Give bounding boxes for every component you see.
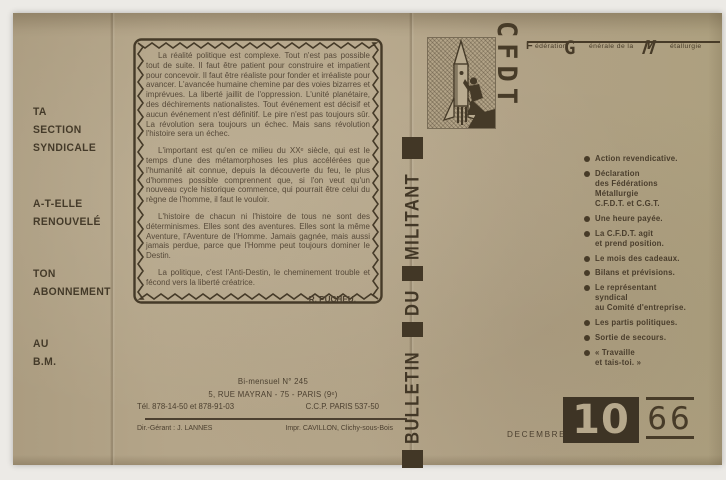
- list-item: Déclaration des Fédérations Métallurgie …: [584, 169, 708, 210]
- left-panel-line-group: A-T-ELLE RENOUVELÉ: [33, 195, 101, 231]
- contents-list: Action revendicative. Déclaration des Fé…: [584, 154, 708, 372]
- list-item-text: Le représentant syndical au Comité d'ent…: [595, 283, 686, 314]
- rocket-illustration-box: [428, 38, 495, 128]
- list-item-text: Les partis politiques.: [595, 318, 677, 328]
- federation-cap-f: F: [526, 41, 533, 51]
- list-item: Le représentant syndical au Comité d'ent…: [584, 283, 708, 314]
- issue-year: 66: [646, 401, 694, 437]
- left-panel-text: AU: [33, 335, 56, 353]
- left-panel-text: RENOUVELÉ: [33, 213, 101, 231]
- bullet-icon: [584, 216, 590, 222]
- fold-crease-left: [110, 13, 115, 465]
- paper-top-shading: [13, 13, 722, 37]
- year-rule-top: [646, 397, 694, 400]
- paper-right-edge-shading: [708, 13, 722, 465]
- quote-signature: R. PUCHEU.: [146, 295, 370, 305]
- left-panel-text: ABONNEMENT: [33, 283, 111, 301]
- list-item-text: Déclaration des Fédérations Métallurgie …: [595, 169, 660, 210]
- bullet-icon: [584, 256, 590, 262]
- left-panel-text: TA: [33, 103, 96, 121]
- quote-paragraph: L'histoire de chacun ni l'histoire de to…: [146, 212, 370, 261]
- list-item: Action revendicative.: [584, 154, 708, 164]
- list-item: Sortie de secours.: [584, 333, 708, 343]
- list-item-text: Sortie de secours.: [595, 333, 666, 343]
- list-item-text: Une heure payée.: [595, 214, 663, 224]
- imprint-block: Bi-mensuel N° 245 5, RUE MAYRAN - 75 - P…: [137, 377, 409, 432]
- quote-text-block: La réalité politique est complexe. Tout …: [146, 51, 370, 292]
- bulletin-title-band: BULLETIN DU MILITANT: [399, 131, 425, 468]
- rocket-icon: [428, 38, 495, 128]
- list-item-text: Le mois des cadeaux.: [595, 254, 680, 264]
- bullet-icon: [584, 285, 590, 291]
- bullet-icon: [584, 171, 590, 177]
- cfdt-logo-letters: CFDT: [489, 21, 523, 123]
- bullet-icon: [584, 270, 590, 276]
- bullet-icon: [584, 335, 590, 341]
- federation-cap-g: G: [564, 39, 575, 58]
- imprint-divider: [145, 418, 407, 420]
- band-word: BULLETIN: [400, 351, 423, 444]
- list-item: Le mois des cadeaux.: [584, 254, 708, 264]
- imprint-ccp: C.C.P. PARIS 537-50: [306, 402, 379, 411]
- left-panel-text: SECTION: [33, 121, 96, 139]
- band-separator-block: [402, 322, 423, 337]
- band-word: MILITANT: [400, 173, 423, 260]
- left-panel-text: SYNDICALE: [33, 139, 96, 157]
- band-word: DU: [400, 289, 423, 316]
- bullet-icon: [584, 350, 590, 356]
- left-panel-text: B.M.: [33, 353, 56, 371]
- quote-paragraph: La réalité politique est complexe. Tout …: [146, 51, 370, 139]
- band-separator-block: [402, 450, 423, 468]
- quote-box: La réalité politique est complexe. Tout …: [133, 38, 383, 304]
- list-item: Une heure payée.: [584, 214, 708, 224]
- federation-word: énérale de la: [589, 43, 634, 50]
- imprint-address: 5, RUE MAYRAN - 75 - PARIS (9ᵉ): [137, 390, 409, 399]
- left-panel-line-group: TA SECTION SYNDICALE: [33, 103, 96, 157]
- brochure-paper: TA SECTION SYNDICALE A-T-ELLE RENOUVELÉ …: [13, 13, 722, 465]
- quote-paragraph: L'important est qu'en ce milieu du XXᵉ s…: [146, 146, 370, 205]
- list-item-text: « Travaille et tais-toi. »: [595, 348, 641, 368]
- imprint-director: Dir.-Gérant : J. LANNES: [137, 425, 212, 432]
- bullet-icon: [584, 231, 590, 237]
- left-panel-line-group: AU B.M.: [33, 335, 56, 371]
- list-item: La C.F.D.T. agit et prend position.: [584, 229, 708, 249]
- band-separator-block: [402, 266, 423, 281]
- list-item-text: La C.F.D.T. agit et prend position.: [595, 229, 664, 249]
- list-item-text: Bilans et prévisions.: [595, 268, 675, 278]
- year-rule-bottom: [646, 436, 694, 439]
- left-panel-text: A-T-ELLE: [33, 195, 101, 213]
- issue-month: DECEMBRE: [507, 430, 566, 439]
- list-item: Bilans et prévisions.: [584, 268, 708, 278]
- list-item-text: Action revendicative.: [595, 154, 678, 164]
- paper-bottom-shading: [13, 455, 722, 465]
- imprint-phone: Tél. 878-14-50 et 878-91-03: [137, 402, 234, 411]
- imprint-frequency: Bi-mensuel N° 245: [137, 377, 409, 386]
- federation-word: édération: [535, 43, 567, 50]
- quote-paragraph: La politique, c'est l'Anti-Destin, le ch…: [146, 268, 370, 288]
- band-separator-block: [402, 137, 423, 159]
- federation-word: étallurgie: [670, 43, 702, 50]
- left-panel-text: TON: [33, 265, 111, 283]
- bullet-icon: [584, 156, 590, 162]
- left-panel-line-group: TON ABONNEMENT: [33, 265, 111, 301]
- list-item: « Travaille et tais-toi. »: [584, 348, 708, 368]
- imprint-printer: Impr. CAVILLON, Clichy-sous-Bois: [285, 425, 393, 432]
- list-item: Les partis politiques.: [584, 318, 708, 328]
- scanned-page: TA SECTION SYNDICALE A-T-ELLE RENOUVELÉ …: [0, 0, 726, 480]
- bullet-icon: [584, 320, 590, 326]
- issue-number-box: 10: [563, 397, 639, 443]
